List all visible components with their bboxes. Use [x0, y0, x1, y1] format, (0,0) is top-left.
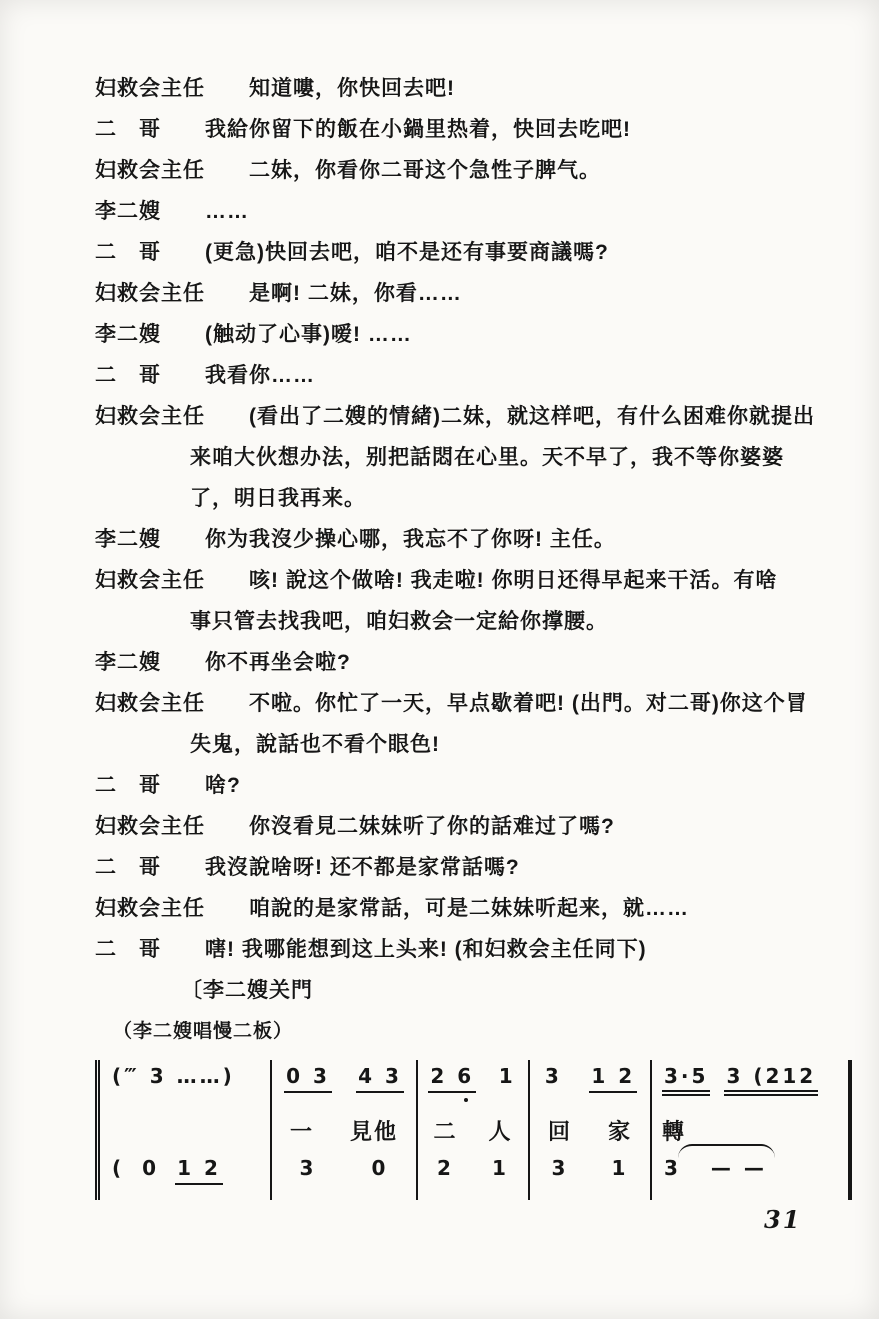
note-group: 3 — [550, 1156, 571, 1180]
speaker-label: 妇救会主任 — [95, 692, 205, 715]
notation-row-accomp: 3 — — — [652, 1152, 848, 1200]
tied-note-group: 3 — — — [662, 1156, 769, 1180]
dialogue-text: …… — [205, 200, 249, 223]
dialogue-line: 妇救会主任你沒看見二妹妹听了你的話难过了嗎? — [95, 814, 839, 840]
lyric-syllable: 回 — [548, 1115, 572, 1146]
lyric-syllable: 見他 — [350, 1115, 398, 1146]
speaker-label: 二 哥 — [95, 364, 161, 387]
note-group: 2 — [435, 1156, 456, 1180]
dialogue-line: 妇救会主任知道嘍，你快回去吧! — [95, 76, 839, 102]
dialogue-line: 妇救会主任咳! 說这个做啥! 我走啦! 你明日还得早起来干活。有啥 — [95, 568, 839, 594]
note-group-eighths: 0 3 — [284, 1064, 332, 1093]
dialogue-text: 知道嘍，你快回去吧! — [249, 77, 455, 100]
dialogue-line: 二 哥嗐! 我哪能想到这上头来! (和妇救会主任同下) — [95, 937, 839, 963]
notation-row-accomp: 2 1 — [418, 1152, 528, 1200]
dialogue-text: 是啊! 二妹，你看…… — [249, 282, 462, 305]
dialogue-line: 李二嫂…… — [95, 199, 839, 225]
speaker-label: 李二嫂 — [95, 200, 161, 223]
dialogue-line: 二 哥我看你…… — [95, 363, 839, 389]
dialogue-text: 不啦。你忙了一天，早点歇着吧! (出門。对二哥)你这个冒 — [249, 692, 808, 715]
speaker-label: 李二嫂 — [95, 323, 161, 346]
lyric-syllable: 二 — [433, 1115, 457, 1146]
lyric-row: 回 家 — [530, 1108, 650, 1152]
bracket-open: ( — [110, 1156, 126, 1180]
note-group-eighths: 1 2 — [589, 1064, 637, 1093]
speaker-label: 妇救会主任 — [95, 282, 205, 305]
dialogue-text: 嗐! 我哪能想到这上头来! (和妇救会主任同下) — [205, 938, 647, 961]
dialogue-line: 二 哥我給你留下的飯在小鍋里热着，快回去吃吧! — [95, 117, 839, 143]
dialogue-line: 妇救会主任是啊! 二妹，你看…… — [95, 281, 839, 307]
dialogue-text: 事只管去找我吧，咱妇救会一定給你撑腰。 — [190, 610, 608, 633]
dialogue-line: 妇救会主任咱說的是家常話，可是二妹妹听起来，就…… — [95, 896, 839, 922]
lyric-syllable: 家 — [608, 1115, 632, 1146]
dialogue-line: 二 哥啥? — [95, 773, 839, 799]
dialogue-continuation: 事只管去找我吧，咱妇救会一定給你撑腰。 — [95, 609, 839, 635]
lyric-row: 二 人 — [418, 1108, 528, 1152]
lyric-row — [100, 1108, 270, 1152]
dialogue-text: 你为我沒少操心哪，我忘不了你呀! 主任。 — [205, 528, 616, 551]
notation-row-melody: 0 3 4 3 — [272, 1060, 416, 1108]
text-block: 妇救会主任知道嘍，你快回去吧! 二 哥我給你留下的飯在小鍋里热着，快回去吃吧! … — [95, 76, 839, 1200]
notation-row-melody: 2 6 1 — [418, 1060, 528, 1108]
note-group: 0 — [370, 1156, 391, 1180]
stage-direction-close-door: 〔李二嫂关門 — [95, 978, 839, 1004]
notation-row-melody: (‴ 3 ……) — [100, 1060, 270, 1108]
speaker-label: 妇救会主任 — [95, 159, 205, 182]
dialogue-text: 我給你留下的飯在小鍋里热着，快回去吃吧! — [205, 118, 631, 141]
music-measure-1: 0 3 4 3 一 見他 3 0 — [272, 1060, 418, 1200]
note-group-eighths: 4 3 — [356, 1064, 404, 1093]
note-group-sixteenths: 3 (212 — [724, 1064, 818, 1096]
dialogue-line: 二 哥我沒說啥呀! 还不都是家常話嗎? — [95, 855, 839, 881]
dialogue-line: 李二嫂你为我沒少操心哪，我忘不了你呀! 主任。 — [95, 527, 839, 553]
music-measure-intro: (‴ 3 ……) ( 0 1 2 — [100, 1060, 272, 1200]
dialogue-line: 李二嫂你不再坐会啦? — [95, 650, 839, 676]
dialogue-text: 你沒看見二妹妹听了你的話难过了嗎? — [249, 815, 615, 838]
stage-direction-sing: （李二嫂唱慢二板） — [95, 1019, 839, 1045]
notation-row-melody: 3 1 2 — [530, 1060, 650, 1108]
dialogue-text: 来咱大伙想办法，别把話悶在心里。天不早了，我不等你婆婆 — [190, 446, 784, 469]
speaker-label: 二 哥 — [95, 938, 161, 961]
speaker-label: 妇救会主任 — [95, 77, 205, 100]
dialogue-line: 妇救会主任不啦。你忙了一天，早点歇着吧! (出門。对二哥)你这个冒 — [95, 691, 839, 717]
speaker-label: 二 哥 — [95, 118, 161, 141]
dialogue-text: (更急)快回去吧，咱不是还有事要商議嗎? — [205, 241, 609, 264]
sustain-dashes: — — — [709, 1156, 769, 1180]
notation-row-melody: 3·5 3 (212 — [652, 1060, 848, 1108]
speaker-label: 妇救会主任 — [95, 569, 205, 592]
page-number: 31 — [764, 1205, 801, 1234]
dialogue-text: 我沒說啥呀! 还不都是家常話嗎? — [205, 856, 520, 879]
dialogue-line: 李二嫂(触动了心事)嗳! …… — [95, 322, 839, 348]
speaker-label: 二 哥 — [95, 241, 161, 264]
speaker-label: 妇救会主任 — [95, 815, 205, 838]
dialogue-text: (触动了心事)嗳! …… — [205, 323, 412, 346]
dialogue-text: 我看你…… — [205, 364, 315, 387]
notation-row-accomp: ( 0 1 2 — [100, 1152, 270, 1200]
speaker-label: 妇救会主任 — [95, 897, 205, 920]
dialogue-text: (看出了二嫂的情緒)二妹，就这样吧，有什么困难你就提出 — [249, 405, 815, 428]
note-group-sixteenths: 3·5 — [662, 1064, 710, 1096]
music-measure-3: 3 1 2 回 家 3 1 — [530, 1060, 652, 1200]
note-group: 0 — [140, 1156, 161, 1180]
music-measure-2: 2 6 1 二 人 2 1 — [418, 1060, 530, 1200]
dialogue-text: 咳! 說这个做啥! 我走啦! 你明日还得早起来干活。有啥 — [249, 569, 777, 592]
dialogue-continuation: 了，明日我再来。 — [95, 486, 839, 512]
note-group-eighths-low-octave: 2 6 — [428, 1064, 476, 1093]
dialogue-text: 了，明日我再来。 — [190, 487, 366, 510]
notation-row-accomp: 3 0 — [272, 1152, 416, 1200]
dialogue-text: 你不再坐会啦? — [205, 651, 351, 674]
dialogue-continuation: 来咱大伙想办法，别把話悶在心里。天不早了，我不等你婆婆 — [95, 445, 839, 471]
note-group: 3 — [543, 1064, 564, 1088]
note-group: (‴ 3 ……) — [110, 1064, 237, 1088]
dialogue-text: 咱說的是家常話，可是二妹妹听起来，就…… — [249, 897, 689, 920]
dialogue-text: 啥? — [205, 774, 241, 797]
lyric-row: 一 見他 — [272, 1108, 416, 1152]
note-group-eighths: 1 2 — [175, 1156, 223, 1185]
lyric-syllable: 轉 — [662, 1115, 686, 1146]
dialogue-line: 二 哥(更急)快回去吧，咱不是还有事要商議嗎? — [95, 240, 839, 266]
speaker-label: 李二嫂 — [95, 528, 161, 551]
speaker-label: 二 哥 — [95, 774, 161, 797]
note-group: 1 — [490, 1156, 511, 1180]
speaker-label: 二 哥 — [95, 856, 161, 879]
scanned-script-page: 妇救会主任知道嘍，你快回去吧! 二 哥我給你留下的飯在小鍋里热着，快回去吃吧! … — [0, 0, 879, 1319]
note-group: 3 — [298, 1156, 319, 1180]
jianpu-music-system: (‴ 3 ……) ( 0 1 2 0 3 4 3 一 見他 — [95, 1060, 852, 1200]
dialogue-text: 二妹，你看你二哥这个急性子脾气。 — [249, 159, 601, 182]
note-group: 1 — [497, 1064, 518, 1088]
speaker-label: 李二嫂 — [95, 651, 161, 674]
dialogue-line: 妇救会主任(看出了二嫂的情緒)二妹，就这样吧，有什么困难你就提出 — [95, 404, 839, 430]
lyric-syllable: 一 — [290, 1115, 314, 1146]
music-measure-4: 3·5 3 (212 轉 3 — — — [652, 1060, 852, 1200]
dialogue-continuation: 失鬼，說話也不看个眼色! — [95, 732, 839, 758]
speaker-label: 妇救会主任 — [95, 405, 205, 428]
lyric-syllable: 人 — [488, 1115, 512, 1146]
dialogue-line: 妇救会主任二妹，你看你二哥这个急性子脾气。 — [95, 158, 839, 184]
notation-row-accomp: 3 1 — [530, 1152, 650, 1200]
note-group: 1 — [610, 1156, 631, 1180]
note-group: 3 — [662, 1156, 683, 1180]
dialogue-text: 失鬼，說話也不看个眼色! — [190, 733, 440, 756]
